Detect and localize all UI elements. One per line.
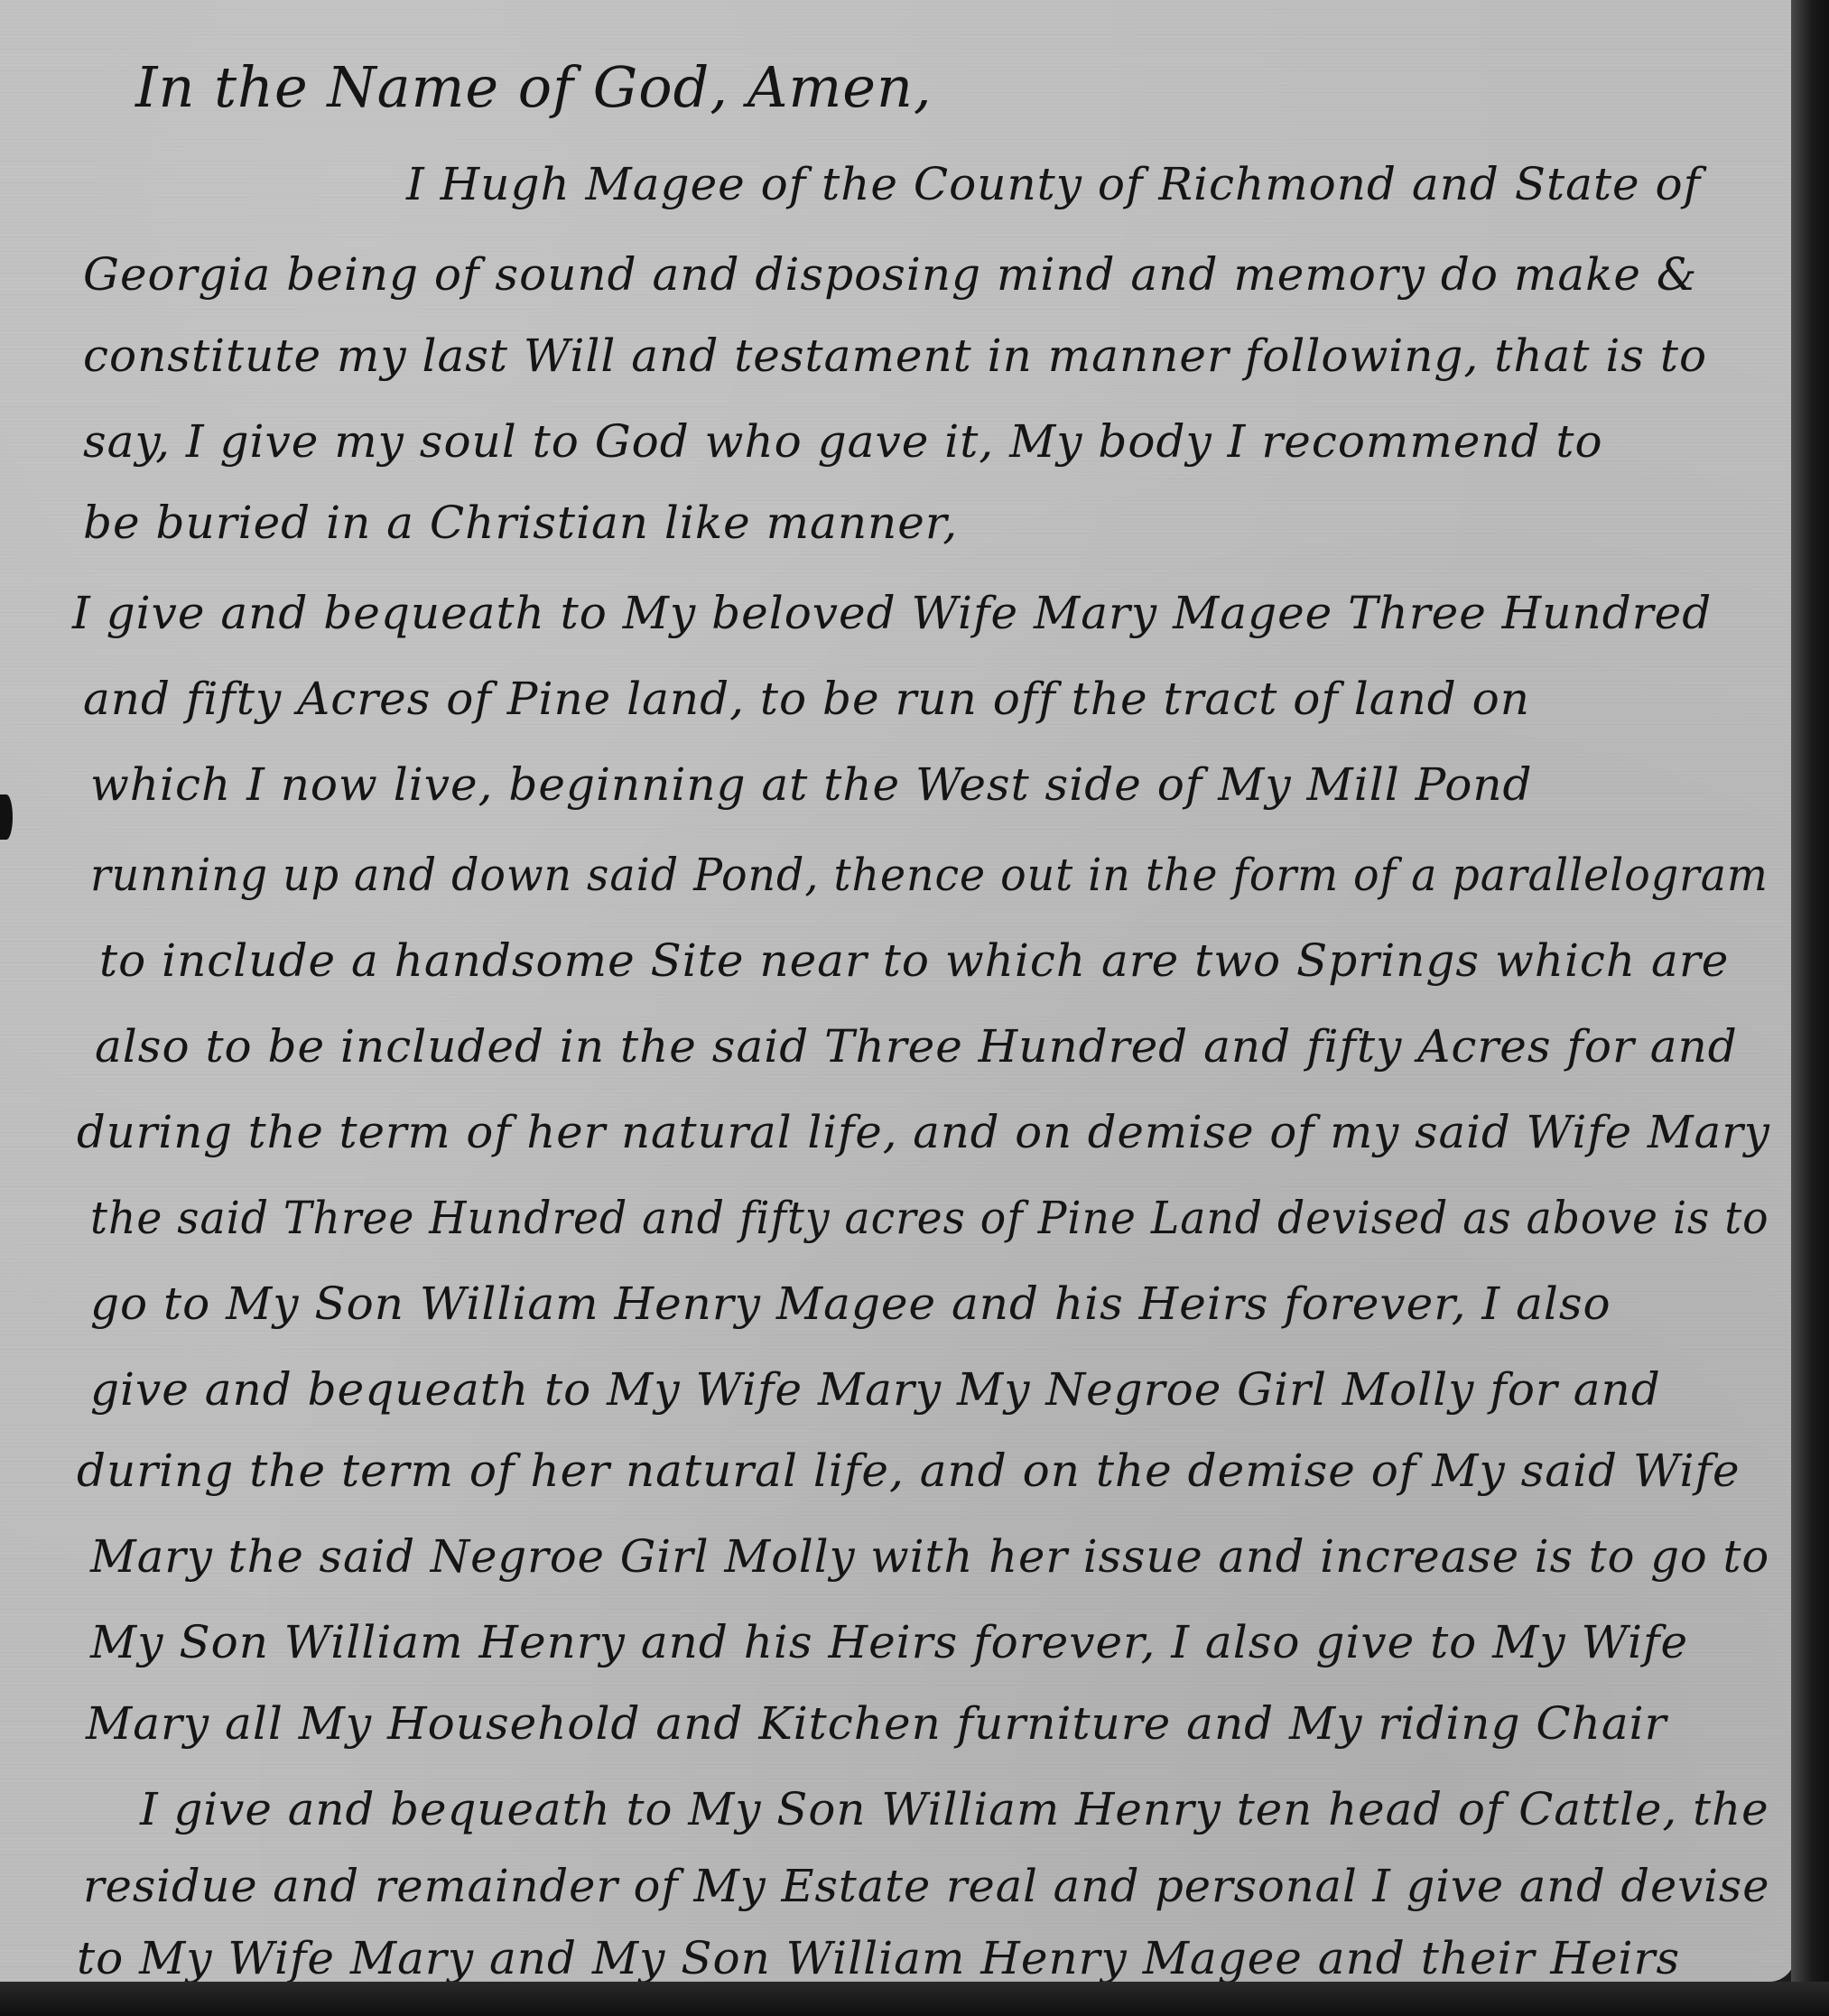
will-line-18: My Son William Henry and his Heirs forev…: [90, 1616, 1688, 1668]
will-line-17: Mary the said Negroe Girl Molly with her…: [90, 1530, 1769, 1583]
will-line-10: to include a handsome Site near to which…: [99, 934, 1729, 987]
will-line-12: during the term of her natural life, and…: [77, 1106, 1770, 1158]
page-bottom-shadow: [0, 1982, 1829, 2016]
will-line-14: go to My Son William Henry Magee and his…: [90, 1277, 1611, 1330]
will-heading: In the Name of God, Amen,: [135, 54, 933, 120]
will-line-8: which I now live, beginning at the West …: [90, 758, 1533, 811]
will-line-2: Georgia being of sound and disposing min…: [83, 248, 1697, 301]
will-line-9: running up and down said Pond, thence ou…: [90, 849, 1769, 901]
will-line-19: Mary all My Household and Kitchen furnit…: [86, 1697, 1667, 1750]
will-line-1: I Hugh Magee of the County of Richmond a…: [406, 158, 1701, 210]
will-line-21: residue and remainder of My Estate real …: [83, 1860, 1769, 1912]
will-line-11: also to be included in the said Three Hu…: [95, 1020, 1738, 1073]
will-line-22: to My Wife Mary and My Son William Henry…: [77, 1932, 1680, 1984]
will-line-5: be buried in a Christian like manner,: [83, 497, 958, 549]
will-line-6: I give and bequeath to My beloved Wife M…: [72, 587, 1712, 639]
will-line-20: I give and bequeath to My Son William He…: [140, 1783, 1769, 1835]
ink-blot: [0, 794, 13, 840]
manuscript-page: In the Name of God, Amen, I Hugh Magee o…: [0, 0, 1795, 1982]
will-line-7: and fifty Acres of Pine land, to be run …: [83, 673, 1530, 725]
book-binding-edge: [1791, 0, 1829, 2016]
will-line-4: say, I give my soul to God who gave it, …: [83, 415, 1603, 468]
will-line-3: constitute my last Will and testament in…: [83, 330, 1707, 382]
will-line-16: during the term of her natural life, and…: [77, 1445, 1741, 1497]
will-line-13: the said Three Hundred and fifty acres o…: [90, 1192, 1769, 1244]
will-line-15: give and bequeath to My Wife Mary My Neg…: [90, 1363, 1661, 1416]
